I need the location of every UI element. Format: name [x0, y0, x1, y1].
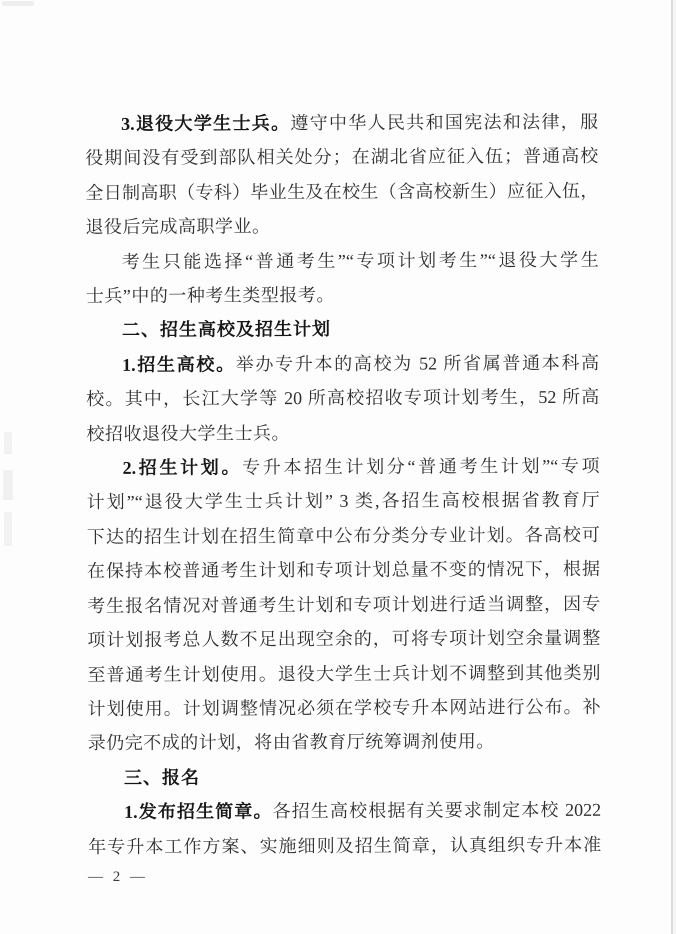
document-line: 校。其中，长江大学等 20 所高校招收专项计划考生，52 所高	[86, 380, 599, 417]
document-line: 至普通考生计划使用。退役大学生士兵计划不调整到其他类别	[87, 655, 600, 692]
line-segment: 全日制高职（专科）毕业生及在校生（含高校新生）应征入伍，	[85, 181, 598, 203]
document-line: 2.招生计划。专升本招生计划分“普通考生计划”“专项	[87, 449, 600, 486]
scan-artifact	[2, 1, 34, 6]
document-line: 3.退役大学生士兵。遵守中华人民共和国宪法和法律，服	[85, 105, 598, 142]
line-segment-bold: 1.发布招生简章。	[124, 801, 273, 822]
page-number: — 2 —	[88, 869, 148, 886]
document-line: 1.招生高校。举办专升本的高校为 52 所省属普通本科高	[86, 346, 599, 383]
line-segment-bold: 2.招生计划。	[123, 457, 243, 478]
document-line: 下达的招生计划在招生简章中公布分类分专业计划。各高校可	[87, 518, 600, 555]
document-line: 项计划报考总人数不足出现空余的，可将专项计划空余量调整	[87, 621, 600, 658]
line-segment-bold: 二、招生高校及招生计划	[122, 319, 331, 340]
document-line: 计划”“退役大学生士兵计划” 3 类,各招生高校根据省教育厅	[87, 483, 600, 520]
line-segment-bold: 1.招生高校。	[122, 354, 236, 374]
line-segment: 考生只能选择“普通考生”“专项计划考生”“退役大学生	[122, 249, 599, 271]
text-block: 3.退役大学生士兵。遵守中华人民共和国宪法和法律，服役期间没有受到部队相关处分；…	[85, 105, 601, 864]
line-segment: 在保持本校普通考生计划和专项计划总量不变的情况下，根据	[87, 559, 600, 581]
document-line: 全日制高职（专科）毕业生及在校生（含高校新生）应征入伍，	[85, 174, 598, 211]
scan-artifact	[4, 432, 12, 454]
line-segment: 役期间没有受到部队相关处分；在湖北省应征入伍；普通高校	[85, 146, 598, 168]
line-segment: 遵守中华人民共和国宪法和法律，服	[290, 112, 598, 133]
line-segment: 下达的招生计划在招生简章中公布分类分专业计划。各高校可	[87, 525, 600, 547]
document-line: 役期间没有受到部队相关处分；在湖北省应征入伍；普通高校	[85, 139, 598, 176]
document-line: 考生报名情况对普通考生计划和专项计划进行适当调整，因专	[87, 586, 600, 623]
line-segment: 各招生高校根据有关要求制定本校 2022	[273, 800, 602, 821]
section-heading: 二、招生高校及招生计划	[86, 311, 599, 348]
document-line: 计划使用。计划调整情况必须在学校专升本网站进行公布。补	[88, 690, 601, 727]
document-line: 校招收退役大学生士兵。	[86, 414, 599, 451]
line-segment: 士兵”中的一种考生类型报考。	[86, 285, 335, 306]
line-segment-bold: 三、报名	[124, 767, 200, 787]
document-line: 录仍完不成的计划，将由省教育厅统筹调剂使用。	[88, 724, 601, 761]
document-line: 考生只能选择“普通考生”“专项计划考生”“退役大学生	[86, 242, 599, 279]
document-line: 1.发布招生简章。各招生高校根据有关要求制定本校 2022	[88, 793, 601, 830]
line-segment: 专升本招生计划分“普通考生计划”“专项	[242, 456, 600, 478]
scan-artifact	[4, 512, 12, 546]
scan-artifact	[3, 470, 13, 500]
line-segment: 录仍完不成的计划，将由省教育厅统筹调剂使用。	[88, 732, 495, 754]
document-line: 退役后完成高职学业。	[85, 208, 598, 245]
line-segment-bold: 3.退役大学生士兵。	[121, 113, 290, 134]
line-segment: 项计划报考总人数不足出现空余的，可将专项计划空余量调整	[87, 628, 600, 650]
line-segment: 计划”“退役大学生士兵计划” 3 类,各招生高校根据省教育厅	[87, 490, 600, 512]
line-segment: 举办专升本的高校为 52 所省属普通本科高	[236, 353, 599, 375]
section-heading: 三、报名	[88, 758, 601, 795]
line-segment: 考生报名情况对普通考生计划和专项计划进行适当调整，因专	[87, 593, 600, 615]
line-segment: 计划使用。计划调整情况必须在学校专升本网站进行公布。补	[88, 697, 601, 719]
document-line: 在保持本校普通考生计划和专项计划总量不变的情况下，根据	[87, 552, 600, 589]
line-segment: 至普通考生计划使用。退役大学生士兵计划不调整到其他类别	[87, 662, 600, 684]
line-segment: 校招收退役大学生士兵。	[86, 423, 290, 444]
document-line: 士兵”中的一种考生类型报考。	[86, 277, 599, 314]
line-segment: 校。其中，长江大学等 20 所高校招收专项计划考生，52 所高	[86, 387, 599, 409]
line-segment: 年专升本工作方案、实施细则及招生简章，认真组织专升本准	[88, 834, 601, 856]
line-segment: 退役后完成高职学业。	[85, 216, 270, 237]
document-line: 年专升本工作方案、实施细则及招生简章，认真组织专升本准	[88, 827, 601, 864]
document-page: 3.退役大学生士兵。遵守中华人民共和国宪法和法律，服役期间没有受到部队相关处分；…	[0, 0, 676, 934]
